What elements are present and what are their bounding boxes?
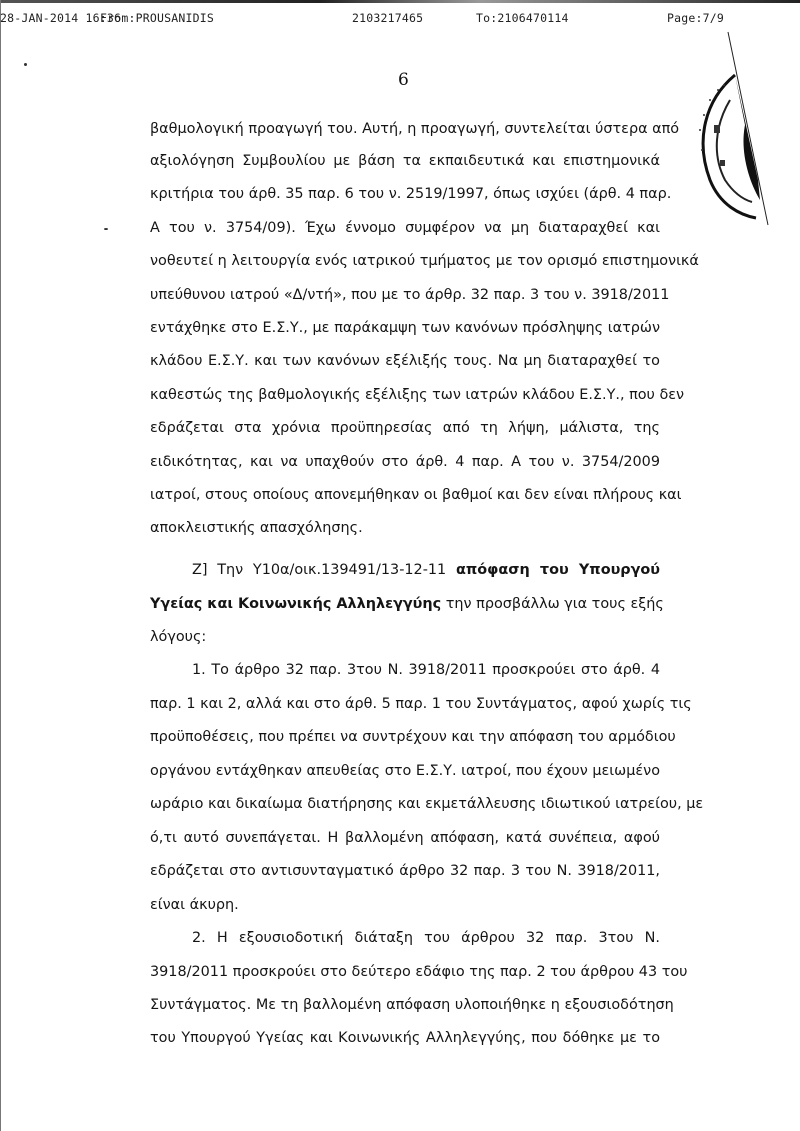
point-1-line: παρ. 1 και 2, αλλά και στο άρθ. 5 παρ. 1… [150,695,660,713]
point-1-line: 1. Το άρθρο 32 παρ. 3του Ν. 3918/2011 πρ… [192,661,660,679]
body-line: κλάδου Ε.Σ.Υ. και των κανόνων εξέλιξής τ… [150,352,660,370]
scan-speck [24,63,27,66]
official-seal-stamp-icon [690,30,800,230]
body-line: Α του ν. 3754/09). Έχω έννομο συμφέρον ν… [150,219,660,237]
body-line: ειδικότητας, και να υπαχθούν στο άρθ. 4 … [150,453,660,471]
scan-speck [104,228,108,230]
point-1-line: εδράζεται στο αντισυνταγματικό άρθρο 32 … [150,862,660,880]
fax-to: To:2106470114 [476,11,569,25]
body-line: εδράζεται στα χρόνια προϋπηρεσίας από τη… [150,419,660,437]
ministry-name: Υγείας και Κοινωνικής Αλληλεγγύης [150,596,441,612]
point-2-line: του Υπουργού Υγείας και Κοινωνικής Αλληλ… [150,1029,660,1047]
section-z-heading: Ζ] Την Υ10α/οικ.139491/13-12-11 απόφαση … [192,561,660,579]
body-line: νοθευτεί η λειτουργία ενός ιατρικού τμήμ… [150,252,660,270]
scan-top-border [0,0,800,3]
point-2-line: 3918/2011 προσκρούει στο δεύτερο εδάφιο … [150,963,660,981]
point-1-line: προϋποθέσεις, που πρέπει να συντρέχουν κ… [150,728,660,746]
body-line: ιατροί, στους οποίους απονεμήθηκαν οι βα… [150,486,660,504]
point-2-line: 2. Η εξουσιοδοτική διάταξη του άρθρου 32… [192,929,660,947]
body-line: αξιολόγηση Συμβουλίου με βάση τα εκπαιδε… [150,152,660,170]
scan-left-border [0,0,1,1131]
body-line: αποκλειστικής απασχόλησης. [150,519,660,537]
body-line: υπεύθυνου ιατρού «Δ/ντή», που με το άρθρ… [150,286,660,304]
point-1-line: ό,τι αυτό συνεπάγεται. Η βαλλομένη απόφα… [150,829,660,847]
body-line: βαθμολογική προαγωγή του. Αυτή, η προαγω… [150,120,660,138]
section-z-line: Υγείας και Κοινωνικής Αλληλεγγύης την πρ… [150,595,660,613]
point-1-line: ωράριο και δικαίωμα διατήρησης και εκμετ… [150,795,660,813]
section-z-bold: απόφαση του Υπουργού [456,562,660,578]
body-line: κριτήρια του άρθ. 35 παρ. 6 του ν. 2519/… [150,185,660,203]
fax-page: Page:7/9 [667,11,724,25]
section-z-reference: Ζ] Την Υ10α/οικ.139491/13-12-11 [192,562,446,578]
page-number: 6 [398,70,409,90]
fax-sender-number: 2103217465 [352,11,423,25]
body-line: εντάχθηκε στο Ε.Σ.Υ., με παράκαμψη των κ… [150,319,660,337]
section-z-line: λόγους: [150,628,660,646]
point-1-line: οργάνου εντάχθηκαν απευθείας στο Ε.Σ.Υ. … [150,762,660,780]
point-1-line: είναι άκυρη. [150,896,660,914]
section-z-text: την προσβάλλω για τους εξής [446,596,664,612]
fax-header: 28-JAN-2014 16:36 From:PROUSANIDIS 21032… [0,11,800,27]
point-2-line: Συντάγματος. Με τη βαλλομένη απόφαση υλο… [150,996,660,1014]
body-line: καθεστώς της βαθμολογικής εξέλιξης των ι… [150,386,660,404]
fax-from: From:PROUSANIDIS [100,11,214,25]
